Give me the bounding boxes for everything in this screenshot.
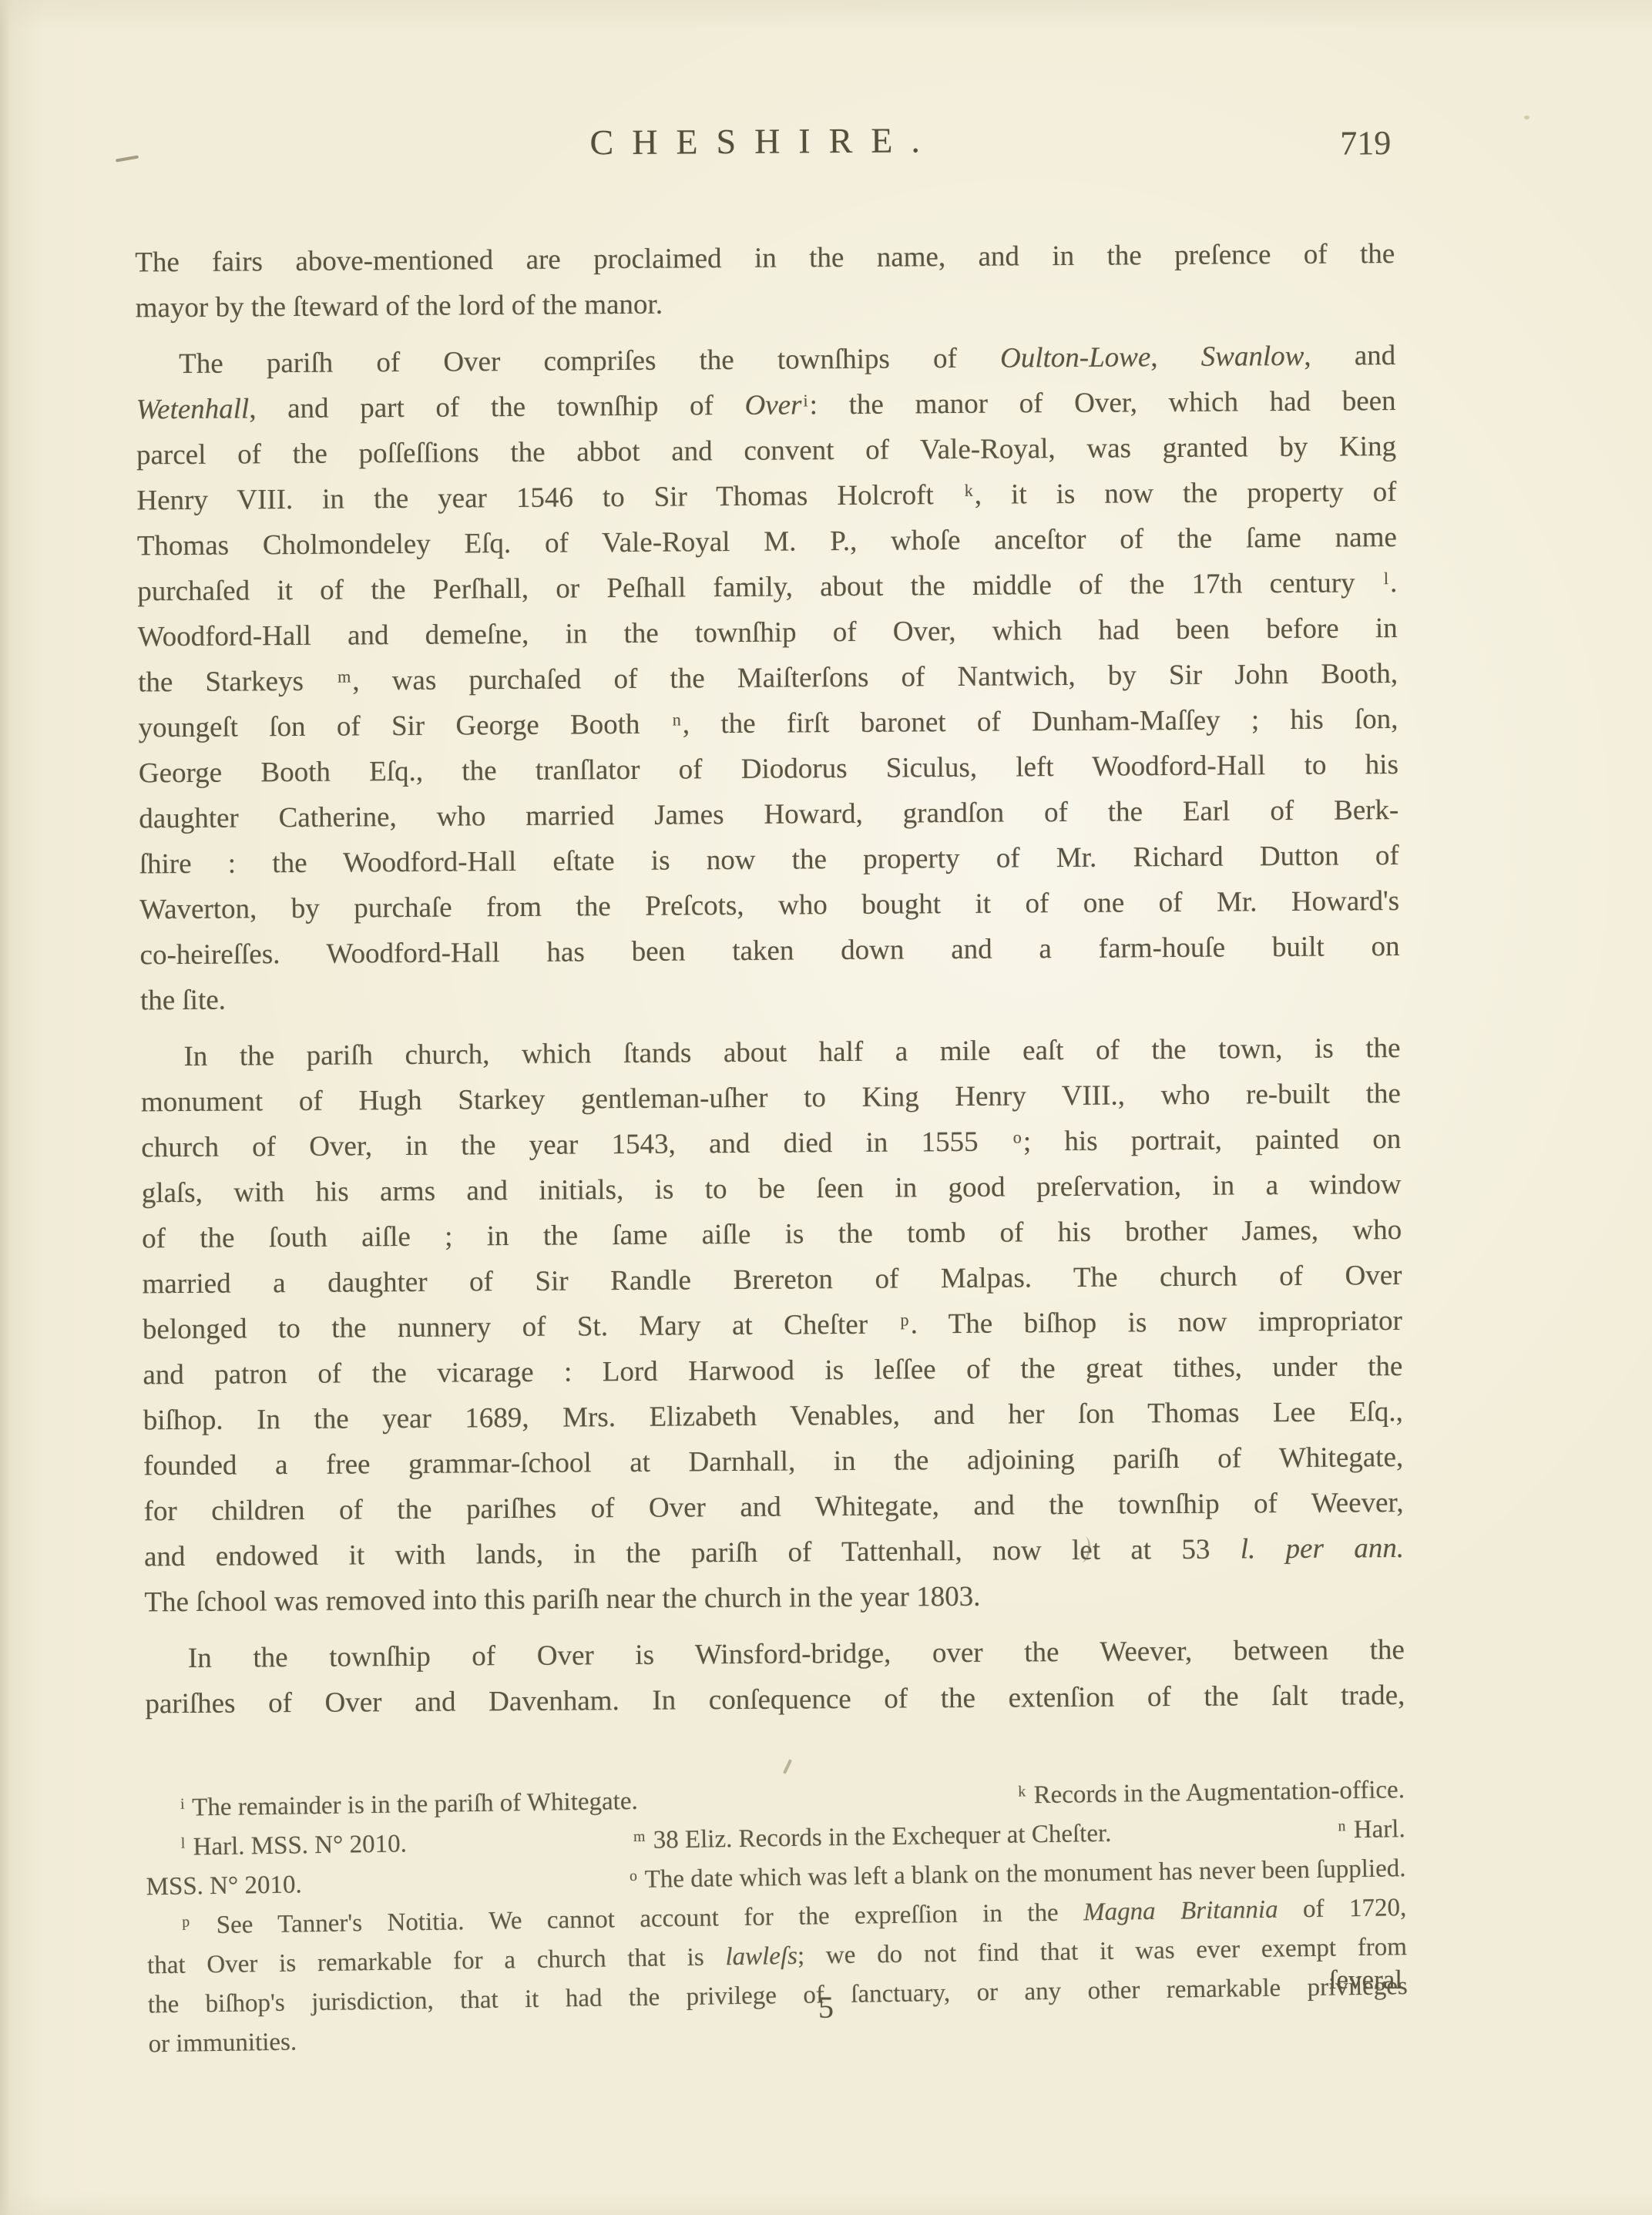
text-segment: the ſite. <box>140 985 226 1017</box>
running-head-title: CHESHIRE. <box>134 114 1394 169</box>
text-line: pariſhes of Over and Davenham. In conſeq… <box>145 1673 1405 1727</box>
footnote-marker: l <box>1382 569 1390 588</box>
text-segment: ; his portrait, painted on <box>1023 1123 1402 1157</box>
text-segment: In the pariſh church, which ſtands about… <box>183 1032 1400 1072</box>
footnote-marker: m <box>336 666 352 686</box>
text-segment: George Booth Eſq., the tranſlator of Dio… <box>139 749 1398 789</box>
signature-mark: 5 <box>0 1989 1652 2025</box>
text-segment: . <box>1390 567 1398 599</box>
text-segment: : the manor of Over, which had been <box>810 385 1396 421</box>
text-segment: 38 Eliz. Records in the Exchequer at Che… <box>646 1820 1111 1854</box>
text-segment: mayor by the ſteward of the lord of the … <box>136 289 663 324</box>
text-segment: glaſs, with his arms and initials, is to… <box>142 1169 1402 1209</box>
text-segment: Harl. MSS. N° 2010. <box>186 1830 407 1861</box>
text-segment: Oulton-Lowe <box>1000 341 1151 374</box>
text-segment: Over <box>744 389 801 421</box>
text-segment: per ann. <box>1285 1532 1404 1565</box>
text-segment: The date which was left a blank on the m… <box>639 1854 1406 1894</box>
text-segment: and endowed it with lands, in the pariſh… <box>144 1533 1241 1572</box>
running-head: CHESHIRE. 719 <box>134 114 1394 169</box>
text-segment: In the townſhip of Over is Winsford-brid… <box>188 1634 1405 1674</box>
text-line: and endowed it with lands, in the pariſh… <box>144 1525 1404 1579</box>
footnote-part: k Records in the Augmentation-office. <box>1016 1770 1405 1815</box>
text-segment: , was purchaſed of the Maiſterſons of Na… <box>352 658 1398 696</box>
text-segment: MSS. N° 2010. <box>146 1871 302 1901</box>
text-segment: monument of Hugh Starkey gentleman-uſher… <box>141 1078 1401 1118</box>
text-segment: lawleſs <box>725 1942 797 1971</box>
text-segment: ; we do not find that it was ever exempt… <box>797 1933 1408 1970</box>
page-body-text: The fairs above-mentioned are proclaimed… <box>135 231 1405 1727</box>
text-segment: The fairs above-mentioned are proclaimed… <box>135 238 1395 278</box>
text-segment: , and <box>1304 340 1395 372</box>
footnote-part: i The remainder is in the pariſh of Whit… <box>179 1782 638 1828</box>
paragraph: The pariſh of Over compriſes the townſhi… <box>136 333 1400 1023</box>
text-segment: married a daughter of Sir Randle Brereto… <box>142 1260 1402 1300</box>
text-segment: or immunities. <box>148 2028 297 2058</box>
text-segment: Records in the Augmentation-office. <box>1027 1776 1405 1809</box>
text-segment: The pariſh of Over compriſes the townſhi… <box>179 343 1000 380</box>
text-segment: , <box>1150 341 1201 373</box>
text-line: mayor by the ſteward of the lord of the … <box>136 277 1395 331</box>
text-segment: Magna Britannia <box>1083 1896 1278 1927</box>
footnote-marker: i <box>179 1796 186 1813</box>
text-segment: . The biſhop is now impropriator <box>910 1305 1402 1340</box>
text-segment: the Starkeys <box>138 666 336 699</box>
text-segment: pariſhes of Over and Davenham. In conſeq… <box>145 1680 1405 1720</box>
footnote-marker: m <box>632 1828 647 1845</box>
page-number: 719 <box>1340 126 1391 160</box>
text-line: the ſite. <box>140 969 1400 1023</box>
footnote-marker: n <box>671 710 683 729</box>
footnote-part: n Harl. <box>1336 1810 1405 1850</box>
text-segment: of 1720, <box>1278 1894 1406 1923</box>
text-segment: Swanlow <box>1201 341 1304 373</box>
paragraph: In the pariſh church, which ſtands about… <box>140 1025 1404 1625</box>
text-segment: Woodford-Hall and demeſne, in the townſh… <box>138 612 1398 653</box>
text-segment: daughter Catherine, who married James Ho… <box>139 794 1398 834</box>
paragraph: In the townſhip of Over is Winsford-brid… <box>145 1627 1405 1727</box>
text-segment: founded a free grammar-ſchool at Darnhal… <box>143 1441 1403 1482</box>
text-segment: for children of the pariſhes of Over and… <box>143 1487 1403 1527</box>
text-segment: Henry VIII. in the year 1546 to Sir Thom… <box>136 479 963 516</box>
text-block: CHESHIRE. 719 The fairs above-mentioned … <box>134 114 1408 2064</box>
text-segment: purchaſed it of the Perſhall, or Peſhall… <box>137 567 1382 607</box>
text-segment: See Tanner's Notitia. We cannot account … <box>191 1898 1083 1939</box>
text-segment: l. <box>1241 1533 1256 1565</box>
text-segment <box>1255 1533 1286 1565</box>
text-segment: that Over is remarkable for a church tha… <box>147 1943 726 1979</box>
footnote-marker: p <box>180 1914 191 1931</box>
text-line: The fairs above-mentioned are proclaimed… <box>135 231 1395 285</box>
text-segment: and patron of the vicarage : Lord Harwoo… <box>143 1351 1402 1391</box>
text-segment: , it is now the property of <box>975 476 1397 511</box>
text-segment: ſhire : the Woodford-Hall eſtate is now … <box>139 840 1399 880</box>
text-line: co-heireſſes. Woodford-Hall has been tak… <box>139 924 1399 978</box>
footnote-marker: p <box>898 1310 910 1329</box>
text-segment: , and part of the townſhip of <box>249 390 745 425</box>
catchword: ſeveral <box>1329 1965 1402 1995</box>
footnote-marker: k <box>1016 1783 1027 1800</box>
book-page: CHESHIRE. 719 The fairs above-mentioned … <box>0 0 1652 2215</box>
footnote-marker: n <box>1336 1817 1347 1834</box>
footnote-part: MSS. N° 2010. <box>146 1865 302 1907</box>
text-segment: youngeſt ſon of Sir George Booth <box>138 709 671 744</box>
footnote-marker: o <box>628 1868 639 1884</box>
text-segment: church of Over, in the year 1543, and di… <box>141 1126 1012 1163</box>
text-segment: biſhop. In the year 1689, Mrs. Elizabeth… <box>143 1396 1403 1436</box>
paper-speck <box>1524 116 1529 119</box>
text-segment: Wetenhall <box>136 393 249 425</box>
text-segment: Harl. <box>1347 1815 1405 1844</box>
footnote-marker: o <box>1012 1127 1023 1146</box>
footnote-marker: i <box>801 391 809 410</box>
footnote-part: l Harl. MSS. N° 2010. <box>179 1824 407 1867</box>
text-segment: Waverton, by purchaſe from the Preſcots,… <box>139 885 1399 925</box>
text-segment: parcel of the poſſeſſions the abbot and … <box>136 431 1396 471</box>
text-segment: co-heireſſes. Woodford-Hall has been tak… <box>139 931 1399 971</box>
footnote-part: m 38 Eliz. Records in the Exchequer at C… <box>632 1814 1112 1861</box>
footnote-marker: l <box>180 1835 187 1852</box>
text-segment: belonged to the nunnery of St. Mary at C… <box>143 1309 899 1346</box>
text-segment: of the ſouth aiſle ; in the ſame aiſle i… <box>142 1214 1402 1254</box>
text-segment: , the firſt baronet of Dunham-Maſſey ; h… <box>683 703 1398 740</box>
text-line: The ſchool was removed into this pariſh … <box>144 1571 1404 1625</box>
text-segment: The remainder is in the pariſh of Whiteg… <box>186 1787 638 1822</box>
text-segment: Thomas Cholmondeley Eſq. of Vale-Royal M… <box>137 522 1397 562</box>
text-segment: The ſchool was removed into this pariſh … <box>144 1581 980 1619</box>
footnote-marker: k <box>963 481 975 500</box>
paragraph: The fairs above-mentioned are proclaimed… <box>135 231 1395 331</box>
